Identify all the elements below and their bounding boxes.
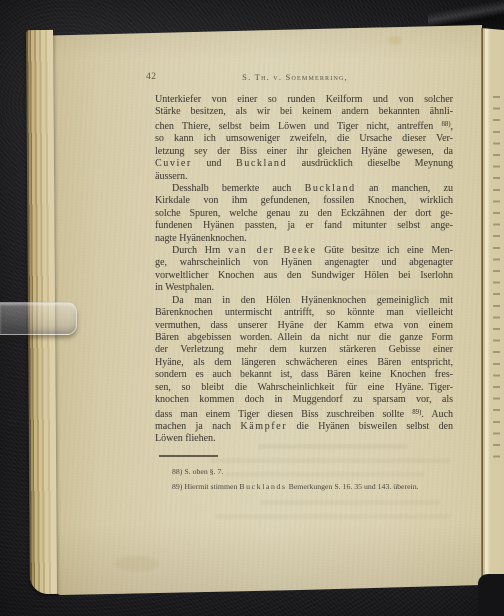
text-segment: Bären abgebissen worden. Allein da nicht… bbox=[155, 332, 453, 343]
text-segment: Bemerkungen S. 16. 35 und 143. überein. bbox=[287, 482, 419, 491]
text-segment: ge, wahrscheinlich von Hyänen angenagter… bbox=[155, 257, 453, 268]
letterspaced-name: Buckland bbox=[305, 183, 356, 194]
text-segment: Durch Hrn bbox=[172, 245, 228, 256]
clip-holder bbox=[0, 302, 77, 335]
text-line: letzung sey der Biss einer ihr gleichen … bbox=[155, 146, 453, 158]
text-segment: fundenen Hyänen passten, ja er fand mitu… bbox=[155, 220, 453, 231]
letterspaced-name: Kämpfer bbox=[240, 421, 287, 432]
text-line: vorweltlicher Knochen aus den Sundwiger … bbox=[155, 270, 453, 282]
text-line: Unterkiefer von einer so runden Keilform… bbox=[155, 94, 453, 106]
foxing-spot bbox=[388, 36, 402, 45]
text-line: so kann ich umsoweniger zweifeln, die Ur… bbox=[155, 133, 453, 145]
footnote-reference: 88) bbox=[441, 121, 450, 128]
text-segment: äussern. bbox=[155, 171, 188, 182]
letterspaced-name: van der Beeke bbox=[228, 245, 317, 256]
text-segment: dass man einem Tiger diesen Biss zuschre… bbox=[155, 409, 412, 420]
text-segment: Unterkiefer von einer so runden Keilform… bbox=[155, 94, 453, 105]
text-line: solche Spuren, welche genau zu den Eckzä… bbox=[155, 208, 453, 220]
text-segment: nagte Hyänenknochen. bbox=[155, 233, 247, 244]
text-line: Bären abgebissen worden. Allein da nicht… bbox=[155, 332, 453, 344]
text-line: der Verletzung mehr dem kurzen stärkeren… bbox=[155, 344, 453, 356]
show-through-mark bbox=[260, 500, 440, 505]
footnote: 89) Hiermit stimmen Bucklands Bemerkunge… bbox=[172, 479, 462, 494]
text-line: sondern es auch bekannt ist, dass Bären … bbox=[155, 369, 453, 381]
show-through-mark bbox=[210, 458, 450, 463]
text-segment: . Auch bbox=[421, 409, 453, 420]
text-line: knochen kommen doch in Muggendorf zu spa… bbox=[155, 394, 453, 406]
text-segment: ausdrücklich dieselbe Meynung bbox=[287, 158, 453, 169]
text-line: in Westphalen. bbox=[155, 282, 453, 294]
text-segment: Löwen fliehen. bbox=[155, 433, 216, 444]
body-text: Unterkiefer von einer so runden Keilform… bbox=[155, 94, 453, 446]
text-line: Durch Hrn van der Beeke Güte besitze ich… bbox=[155, 245, 453, 257]
cover-corner-shadow bbox=[478, 574, 504, 616]
text-line: Kirkdale von ihm gefundenen, fossilen Kn… bbox=[155, 195, 453, 207]
footnote-reference: 89) bbox=[412, 409, 421, 416]
text-segment: in Westphalen. bbox=[155, 282, 214, 293]
text-segment: vermuthen, dass unserer Hyäne der Kamm e… bbox=[155, 320, 453, 331]
text-segment: an manchen, zu bbox=[356, 183, 453, 194]
paragraph: Unterkiefer von einer so runden Keilform… bbox=[155, 94, 453, 183]
letterspaced-name: Buckland bbox=[236, 158, 287, 169]
text-segment: und bbox=[192, 158, 236, 169]
footnote: 88) S. oben §. 7. bbox=[172, 464, 462, 479]
text-line: äussern. bbox=[155, 171, 453, 183]
text-segment: vorweltlicher Knochen aus den Sundwiger … bbox=[155, 270, 453, 281]
show-through-mark bbox=[215, 514, 450, 519]
text-line: machen ja nach Kämpfer die Hyänen biswei… bbox=[155, 421, 453, 433]
paragraph: Durch Hrn van der Beeke Güte besitze ich… bbox=[155, 245, 453, 295]
text-line: nagte Hyänenknochen. bbox=[155, 233, 453, 245]
text-segment: Da man in den Hölen Hyänenknochen gemein… bbox=[172, 295, 453, 306]
text-line: fundenen Hyänen passten, ja er fand mitu… bbox=[155, 220, 453, 232]
text-line: Bärenknochen untermischt antrifft, so kö… bbox=[155, 307, 453, 319]
text-segment: knochen kommen doch in Muggendorf zu spa… bbox=[155, 394, 453, 405]
text-line: dass man einem Tiger diesen Biss zuschre… bbox=[155, 407, 453, 421]
foxing-spot bbox=[115, 556, 159, 572]
text-segment: sen, so bleibt die Wahrscheinlichkeit fü… bbox=[155, 382, 453, 393]
text-line: Stärke besitzen, als wir bei keinem ande… bbox=[155, 106, 453, 118]
text-segment: , bbox=[451, 121, 454, 132]
text-segment: solche Spuren, welche genau zu den Eckzä… bbox=[155, 208, 453, 219]
text-line: Cuvier und Buckland ausdrücklich dieselb… bbox=[155, 158, 453, 170]
text-segment: sondern es auch bekannt ist, dass Bären … bbox=[155, 369, 453, 380]
text-line: Da man in den Hölen Hyänenknochen gemein… bbox=[155, 295, 453, 307]
facing-page-text-fragments bbox=[493, 96, 500, 464]
footnote-rule bbox=[159, 455, 218, 457]
letterspaced-name: Bucklands bbox=[239, 482, 286, 491]
letterspaced-name: Cuvier bbox=[155, 158, 192, 169]
text-segment: der Verletzung mehr dem kurzen stärkeren… bbox=[155, 344, 453, 355]
text-segment: letzung sey der Biss einer ihr gleichen … bbox=[155, 146, 453, 157]
text-line: Löwen fliehen. bbox=[155, 433, 453, 445]
text-segment: Kirkdale von ihm gefundenen, fossilen Kn… bbox=[155, 195, 453, 206]
text-segment: chen Thiere, selbst beim Löwen und Tiger… bbox=[155, 121, 441, 132]
paragraph: Desshalb bemerkte auch Buckland an manch… bbox=[155, 183, 453, 245]
text-segment: 89) Hiermit stimmen bbox=[172, 482, 239, 491]
text-segment: Güte besitze ich eine Men- bbox=[317, 245, 453, 256]
running-head: S. Th. v. Soemmerring, bbox=[155, 72, 435, 82]
text-line: ge, wahrscheinlich von Hyänen angenagter… bbox=[155, 257, 453, 269]
text-segment: die Hyänen bisweilen selbst den bbox=[287, 421, 453, 432]
text-line: Desshalb bemerkte auch Buckland an manch… bbox=[155, 183, 453, 195]
text-line: vermuthen, dass unserer Hyäne der Kamm e… bbox=[155, 320, 453, 332]
text-line: sen, so bleibt die Wahrscheinlichkeit fü… bbox=[155, 382, 453, 394]
text-line: Hyäne, als dem längeren schwächeren eine… bbox=[155, 357, 453, 369]
text-segment: 88) S. oben §. 7. bbox=[172, 467, 223, 476]
text-segment: Hyäne, als dem längeren schwächeren eine… bbox=[155, 357, 453, 368]
text-segment: Desshalb bemerkte auch bbox=[172, 183, 305, 194]
text-segment: so kann ich umsoweniger zweifeln, die Ur… bbox=[155, 133, 453, 144]
footnotes: 88) S. oben §. 7.89) Hiermit stimmen Buc… bbox=[172, 464, 462, 494]
text-segment: machen ja nach bbox=[155, 421, 240, 432]
book-photo: 42 S. Th. v. Soemmerring, Unterkiefer vo… bbox=[0, 0, 504, 616]
text-segment: Stärke besitzen, als wir bei keinem ande… bbox=[155, 106, 453, 117]
text-segment: Bärenknochen untermischt antrifft, so kö… bbox=[155, 307, 453, 318]
text-line: chen Thiere, selbst beim Löwen und Tiger… bbox=[155, 119, 453, 133]
paragraph: Da man in den Hölen Hyänenknochen gemein… bbox=[155, 295, 453, 446]
